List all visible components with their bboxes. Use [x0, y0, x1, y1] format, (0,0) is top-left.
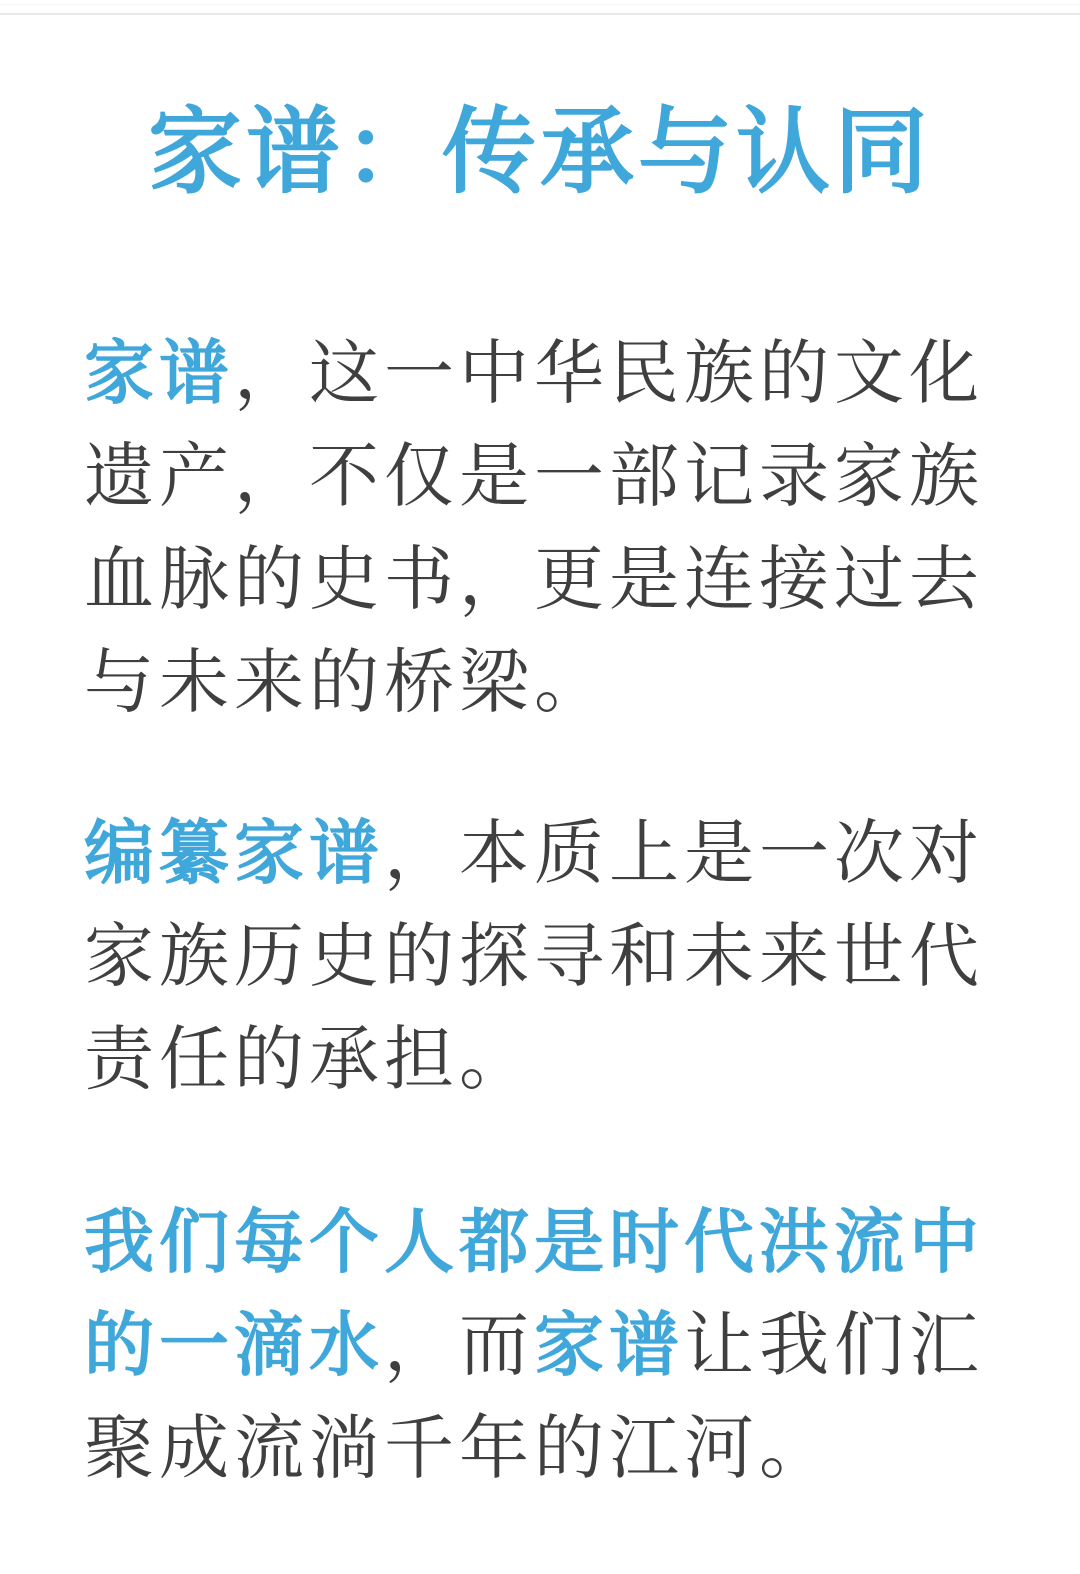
text-run: 与未来的桥梁。 [84, 643, 609, 721]
paragraph-1-line-1: 家谱，这一中华民族的文化 [84, 322, 996, 425]
paragraph-1: 家谱，这一中华民族的文化遗产，不仅是一部记录家族血脉的史书，更是连接过去与未来的… [84, 322, 996, 734]
paragraph-1-line-2: 遗产，不仅是一部记录家族 [84, 425, 996, 528]
article-body: 家谱，这一中华民族的文化遗产，不仅是一部记录家族血脉的史书，更是连接过去与未来的… [0, 322, 1080, 1500]
paragraph-2: 编纂家谱，本质上是一次对家族历史的探寻和未来世代责任的承担。 [84, 802, 996, 1111]
paragraph-3-line-3: 聚成流淌千年的江河。 [84, 1397, 996, 1500]
highlighted-text-run: 家谱 [84, 334, 234, 412]
highlighted-text-run: 家谱 [534, 1306, 684, 1384]
text-run: ，这一中华民族的文化 [234, 334, 984, 412]
paragraph-2-line-3: 责任的承担。 [84, 1008, 996, 1111]
paragraph-3: 我们每个人都是时代洪流中的一滴水，而家谱让我们汇聚成流淌千年的江河。 [84, 1191, 996, 1500]
highlighted-text-run: 的一滴水 [84, 1306, 384, 1384]
text-run: 让我们汇 [684, 1306, 984, 1384]
highlighted-text-run: 我们每个人都是时代洪流中 [84, 1203, 984, 1281]
paragraph-3-line-2: 的一滴水，而家谱让我们汇 [84, 1294, 996, 1397]
text-run: 血脉的史书，更是连接过去 [84, 540, 984, 618]
paragraph-2-line-2: 家族历史的探寻和未来世代 [84, 905, 996, 1008]
paragraph-1-line-3: 血脉的史书，更是连接过去 [84, 528, 996, 631]
text-run: ，而 [384, 1306, 534, 1384]
text-run: 聚成流淌千年的江河。 [84, 1409, 834, 1487]
paragraph-2-line-1: 编纂家谱，本质上是一次对 [84, 802, 996, 905]
paragraph-1-line-4: 与未来的桥梁。 [84, 631, 996, 734]
page-title: 家谱：传承与认同 [0, 96, 1080, 208]
text-run: 责任的承担。 [84, 1020, 534, 1098]
text-run: 遗产，不仅是一部记录家族 [84, 437, 984, 515]
top-hairline-upper [0, 4, 1080, 5]
highlighted-text-run: 编纂家谱 [84, 814, 384, 892]
text-run: ，本质上是一次对 [384, 814, 984, 892]
top-hairline-lower [0, 13, 1080, 15]
paragraph-3-line-1: 我们每个人都是时代洪流中 [84, 1191, 996, 1294]
text-run: 家族历史的探寻和未来世代 [84, 917, 984, 995]
